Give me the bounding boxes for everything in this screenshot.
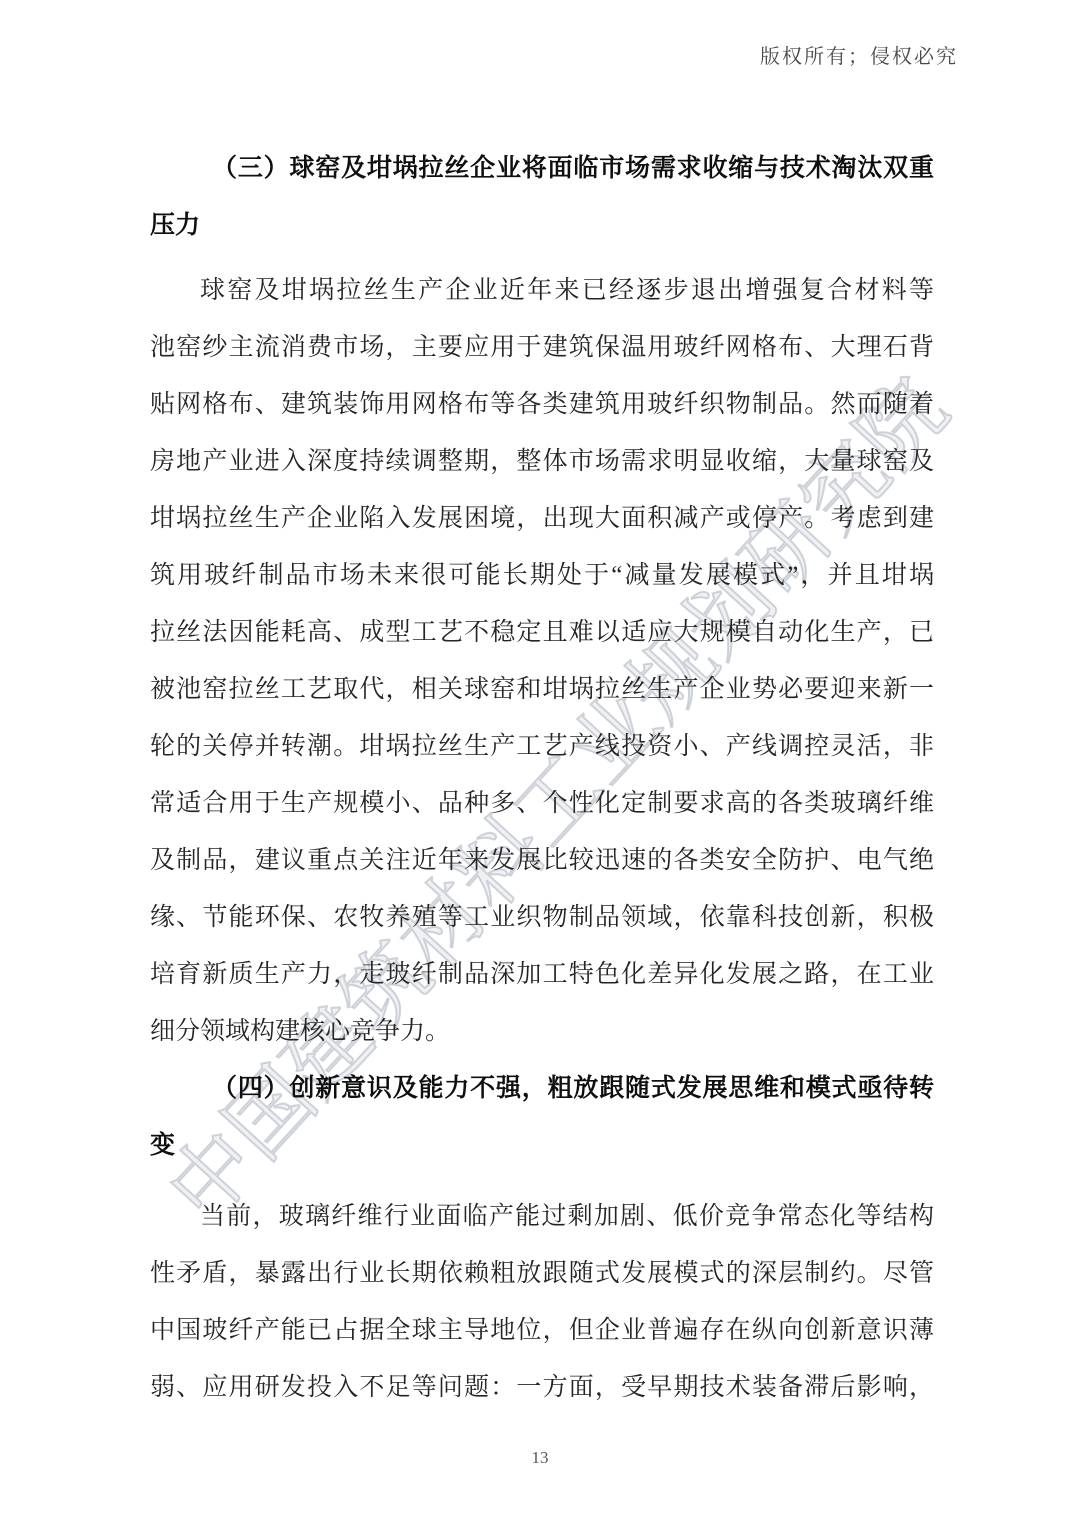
text-line: 轮的关停并转潮。坩埚拉丝生产工艺产线投资小、产线调控灵活，非	[150, 718, 934, 775]
page-number: 13	[0, 1448, 1080, 1468]
text-line: 细分领域构建核心竞争力。	[150, 1003, 934, 1060]
text-line: 坩埚拉丝生产企业陷入发展困境，出现大面积减产或停产。考虑到建	[150, 490, 934, 547]
text-line: 筑用玻纤制品市场未来很可能长期处于“减量发展模式”，并且坩埚	[150, 547, 934, 604]
text-line: 池窑纱主流消费市场，主要应用于建筑保温用玻纤网格布、大理石背	[150, 319, 934, 376]
text-line: 中国玻纤产能已占据全球主导地位，但企业普遍存在纵向创新意识薄	[150, 1302, 934, 1359]
section3-heading-line2: 压力	[150, 197, 934, 254]
text-line: 被池窑拉丝工艺取代，相关球窑和坩埚拉丝生产企业势必要迎来新一	[150, 661, 934, 718]
text-line: 缘、节能环保、农牧养殖等工业织物制品领域，依靠科技创新，积极	[150, 889, 934, 946]
section4-heading-line2: 变	[150, 1117, 934, 1174]
text-line: 弱、应用研发投入不足等问题：一方面，受早期技术装备滞后影响，	[150, 1359, 934, 1416]
text-line: 房地产业进入深度持续调整期，整体市场需求明显收缩，大量球窑及	[150, 433, 934, 490]
text-line: 常适合用于生产规模小、品种多、个性化定制要求高的各类玻璃纤维	[150, 775, 934, 832]
section3-paragraph: 球窑及坩埚拉丝生产企业近年来已经逐步退出增强复合材料等 池窑纱主流消费市场，主要…	[150, 262, 934, 1060]
section4-paragraph: 当前，玻璃纤维行业面临产能过剩加剧、低价竞争常态化等结构 性矛盾，暴露出行业长期…	[150, 1188, 934, 1416]
text-line: 及制品，建议重点关注近年来发展比较迅速的各类安全防护、电气绝	[150, 832, 934, 889]
copyright-notice: 版权所有；侵权必究	[760, 40, 958, 69]
text-line: 贴网格布、建筑装饰用网格布等各类建筑用玻纤织物制品。然而随着	[150, 376, 934, 433]
section3-heading-line1: （三）球窑及坩埚拉丝企业将面临市场需求收缩与技术淘汰双重	[150, 140, 934, 197]
section4-heading-line1: （四）创新意识及能力不强，粗放跟随式发展思维和模式亟待转	[150, 1060, 934, 1117]
content-column: （三）球窑及坩埚拉丝企业将面临市场需求收缩与技术淘汰双重 压力 球窑及坩埚拉丝生…	[150, 140, 934, 1416]
text-line: 培育新质生产力，走玻纤制品深加工特色化差异化发展之路，在工业	[150, 946, 934, 1003]
text-line: 性矛盾，暴露出行业长期依赖粗放跟随式发展模式的深层制约。尽管	[150, 1245, 934, 1302]
text-line: 球窑及坩埚拉丝生产企业近年来已经逐步退出增强复合材料等	[150, 262, 934, 319]
text-line: 拉丝法因能耗高、成型工艺不稳定且难以适应大规模自动化生产，已	[150, 604, 934, 661]
text-line: 当前，玻璃纤维行业面临产能过剩加剧、低价竞争常态化等结构	[150, 1188, 934, 1245]
document-page: 版权所有；侵权必究 中国建筑材料工业规划研究院 （三）球窑及坩埚拉丝企业将面临市…	[0, 0, 1080, 1527]
